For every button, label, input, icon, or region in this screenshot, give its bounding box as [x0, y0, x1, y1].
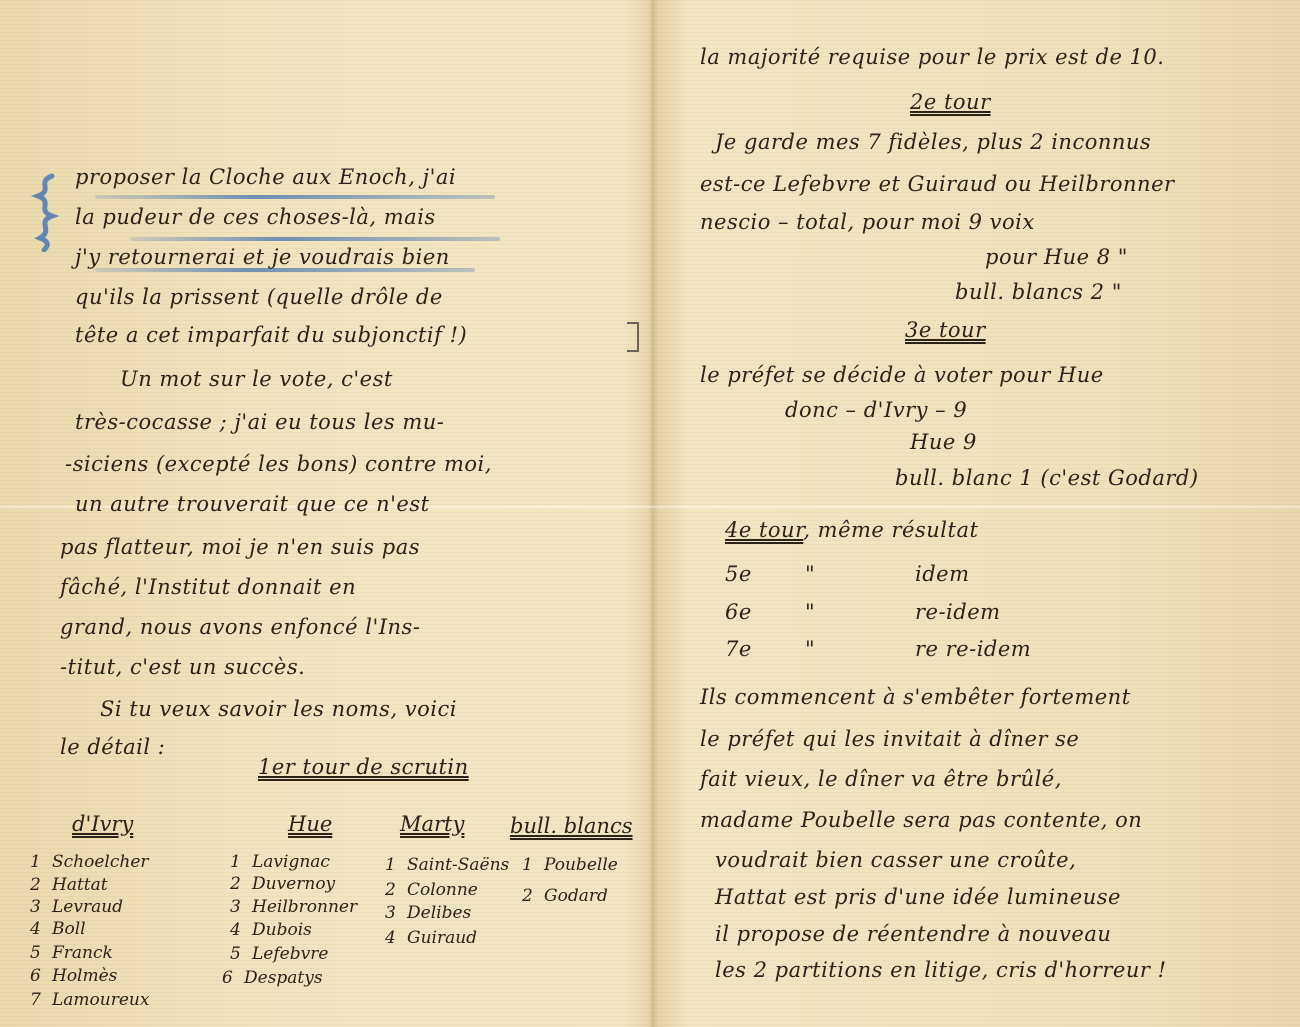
letter-line: j'y retournerai et je voudrais bien — [75, 245, 450, 269]
letter-line: fâché, l'Institut donnait en — [60, 575, 356, 599]
ditto-mark: " — [805, 562, 915, 586]
letter-line: le détail : — [60, 735, 165, 759]
tour-result: re-idem — [915, 600, 1001, 624]
letter-line: grand, nous avons enfoncé l'Ins- — [60, 615, 420, 639]
left-page: proposer la Cloche aux Enoch, j'ai la pu… — [0, 0, 650, 1027]
letter-line: la pudeur de ces choses-là, mais — [75, 205, 436, 229]
letter-line: Hattat est pris d'une idée lumineuse — [715, 885, 1121, 909]
voter-row: 1Poubelle — [522, 855, 618, 875]
voter-row: 5Franck — [30, 943, 113, 963]
letter-line: Ils commencent à s'embêter fortement — [700, 685, 1131, 709]
closing-bracket — [627, 322, 639, 352]
letter-line: nescio – total, pour moi 9 voix — [700, 210, 1035, 234]
later-tour-row: 4e tour, même résultat — [725, 518, 978, 542]
right-page: la majorité requise pour le prix est de … — [655, 0, 1300, 1027]
letter-line: les 2 partitions en litige, cris d'horre… — [715, 958, 1167, 982]
voter-row: 2Duvernoy — [230, 874, 335, 894]
ditto-mark: " — [805, 637, 915, 661]
voter-row: 6Despatys — [222, 968, 323, 988]
voter-row: 7Lamoureux — [30, 990, 149, 1010]
voter-row: 1Schoelcher — [30, 852, 149, 872]
blue-underline-2 — [130, 237, 500, 241]
letter-line: très-cocasse ; j'ai eu tous les mu- — [75, 410, 444, 434]
voter-row: 3Levraud — [30, 897, 123, 917]
voter-row: 1Lavignac — [230, 852, 330, 872]
later-tour-row: 6e"re-idem — [725, 600, 1001, 624]
column-header-divy: d'Ivry — [72, 812, 133, 836]
letter-line: -titut, c'est un succès. — [60, 655, 305, 679]
letter-line: tête a cet imparfait du subjonctif !) — [75, 323, 467, 347]
letter-line: donc – d'Ivry – 9 — [785, 398, 967, 422]
letter-line: est-ce Lefebvre et Guiraud ou Heilbronne… — [700, 172, 1175, 196]
letter-sheet: proposer la Cloche aux Enoch, j'ai la pu… — [0, 0, 1300, 1027]
letter-line: il propose de réentendre à nouveau — [715, 922, 1111, 946]
voter-row: 2Hattat — [30, 875, 108, 895]
blue-pencil-margin-mark-icon — [30, 172, 60, 252]
column-header-hue: Hue — [288, 812, 332, 836]
tour-label: 7e — [725, 637, 805, 661]
letter-line: proposer la Cloche aux Enoch, j'ai — [75, 165, 456, 189]
tour-label: 6e — [725, 600, 805, 624]
voter-row: 4Guiraud — [385, 928, 477, 948]
voter-row: 4Dubois — [230, 920, 312, 940]
letter-line: voudrait bien casser une croûte, — [715, 848, 1076, 872]
letter-line: fait vieux, le dîner va être brûlé, — [700, 767, 1062, 791]
letter-line: pour Hue 8 " — [985, 245, 1128, 269]
tour-label: 4e tour — [725, 518, 803, 542]
voter-row: 3Heilbronner — [230, 897, 357, 917]
letter-line: -siciens (excepté les bons) contre moi, — [65, 452, 492, 476]
voter-row: 3Delibes — [385, 903, 471, 923]
tour-label: 5e — [725, 562, 805, 586]
tour-result: idem — [915, 562, 970, 586]
letter-line: Je garde mes 7 fidèles, plus 2 inconnus — [715, 130, 1151, 154]
voter-row: 2Godard — [522, 886, 608, 906]
letter-line: Hue 9 — [910, 430, 977, 454]
scrutin-title: 1er tour de scrutin — [258, 755, 469, 779]
voter-row: 2Colonne — [385, 880, 478, 900]
letter-line: bull. blanc 1 (c'est Godard) — [895, 466, 1199, 490]
voter-row: 5Lefebvre — [230, 944, 328, 964]
column-header-marty: Marty — [400, 812, 464, 836]
letter-line: qu'ils la prissent (quelle drôle de — [75, 285, 443, 309]
letter-line: le préfet se décide à voter pour Hue — [700, 363, 1104, 387]
letter-line: pas flatteur, moi je n'en suis pas — [60, 535, 420, 559]
letter-line: Un mot sur le vote, c'est — [120, 367, 393, 391]
tour-result: , même résultat — [803, 518, 978, 542]
blue-underline-1 — [95, 195, 495, 199]
tour-2-heading: 2e tour — [910, 90, 991, 114]
column-header-bulletins-blancs: bull. blancs — [510, 814, 633, 838]
letter-line: le préfet qui les invitait à dîner se — [700, 727, 1079, 751]
tour-result: re re-idem — [915, 637, 1031, 661]
voter-row: 6Holmès — [30, 966, 117, 986]
ditto-mark: " — [805, 600, 915, 624]
letter-line: Si tu veux savoir les noms, voici — [100, 697, 457, 721]
letter-line: madame Poubelle sera pas contente, on — [700, 808, 1142, 832]
letter-line: un autre trouverait que ce n'est — [75, 492, 430, 516]
later-tour-row: 7e"re re-idem — [725, 637, 1031, 661]
tour-3-heading: 3e tour — [905, 318, 986, 342]
letter-line: bull. blancs 2 " — [955, 280, 1122, 304]
voter-row: 4Boll — [30, 919, 86, 939]
voter-row: 1Saint-Saëns — [385, 855, 509, 875]
later-tour-row: 5e"idem — [725, 562, 970, 586]
letter-line: la majorité requise pour le prix est de … — [700, 45, 1164, 69]
